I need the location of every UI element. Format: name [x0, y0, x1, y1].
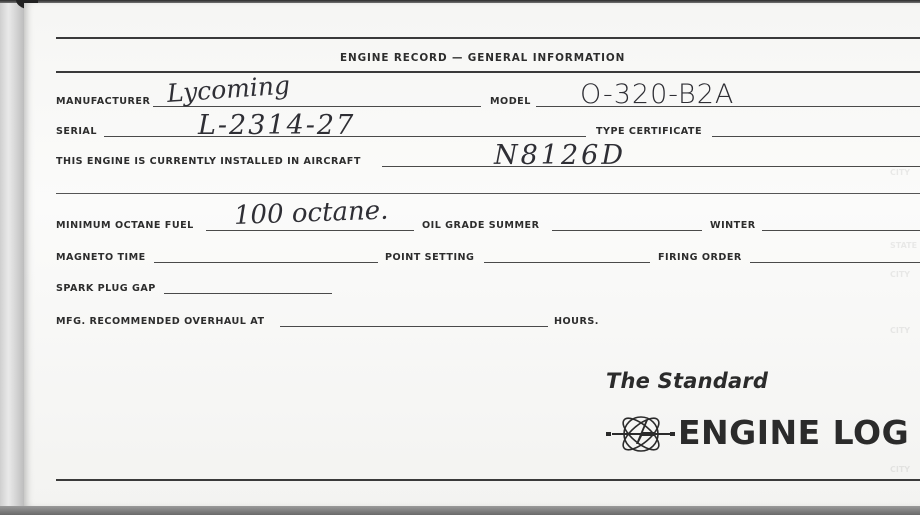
magneto-time-label: MAGNETO TIME: [56, 252, 146, 263]
bleed-through-text: CITY: [890, 168, 910, 177]
engine-log-page: CITY STATE CITY CITY CITY ENGINE RECORD …: [24, 3, 920, 506]
winter-label: WINTER: [710, 220, 756, 231]
magneto-time-field[interactable]: [154, 262, 378, 263]
point-setting-field[interactable]: [484, 262, 650, 263]
min-octane-value: 100 octane.: [233, 196, 388, 231]
model-label: MODEL: [490, 96, 531, 107]
installed-aircraft-label: THIS ENGINE IS CURRENTLY INSTALLED IN AI…: [56, 156, 361, 167]
firing-order-field[interactable]: [750, 262, 920, 263]
manufacturer-value: Lycoming: [166, 70, 291, 108]
winter-field[interactable]: [762, 230, 920, 231]
serial-value: L-2314-27: [198, 110, 355, 141]
brand-subtitle: The Standard: [606, 369, 768, 393]
manufacturer-label: MANUFACTURER: [56, 96, 150, 107]
firing-order-label: FIRING ORDER: [658, 252, 742, 263]
bleed-through-text: STATE: [890, 241, 917, 250]
brand-title: ENGINE LOG: [678, 413, 909, 452]
spark-plug-gap-field[interactable]: [164, 293, 332, 294]
type-certificate-label: TYPE CERTIFICATE: [596, 126, 702, 137]
installed-aircraft-field[interactable]: [382, 166, 920, 167]
header-bottom-rule: [56, 71, 920, 73]
bleed-through-text: CITY: [890, 465, 910, 474]
book-binding: [0, 3, 24, 508]
model-value: O-320-B2A: [580, 79, 734, 110]
installed-aircraft-value: N8126D: [494, 140, 626, 171]
section-title: ENGINE RECORD — GENERAL INFORMATION: [340, 52, 625, 64]
footer-rule: [56, 479, 920, 481]
overhaul-field[interactable]: [280, 326, 548, 327]
page-bottom-edge: [0, 506, 920, 515]
point-setting-label: POINT SETTING: [385, 252, 474, 263]
section-separator: [56, 193, 920, 194]
type-certificate-field[interactable]: [712, 136, 920, 137]
bleed-through-text: CITY: [890, 326, 910, 335]
bleed-through-text: CITY: [890, 270, 910, 279]
min-octane-label: MINIMUM OCTANE FUEL: [56, 220, 194, 231]
header-top-rule: [56, 37, 920, 39]
overhaul-hours-suffix: HOURS.: [554, 316, 599, 327]
oil-grade-summer-label: OIL GRADE SUMMER: [422, 220, 539, 231]
globe-airplane-icon: [602, 406, 680, 462]
spark-plug-gap-label: SPARK PLUG GAP: [56, 283, 156, 294]
serial-label: SERIAL: [56, 126, 97, 137]
overhaul-label: MFG. RECOMMENDED OVERHAUL AT: [56, 316, 264, 327]
manufacturer-field[interactable]: [153, 106, 481, 107]
oil-grade-summer-field[interactable]: [552, 230, 702, 231]
